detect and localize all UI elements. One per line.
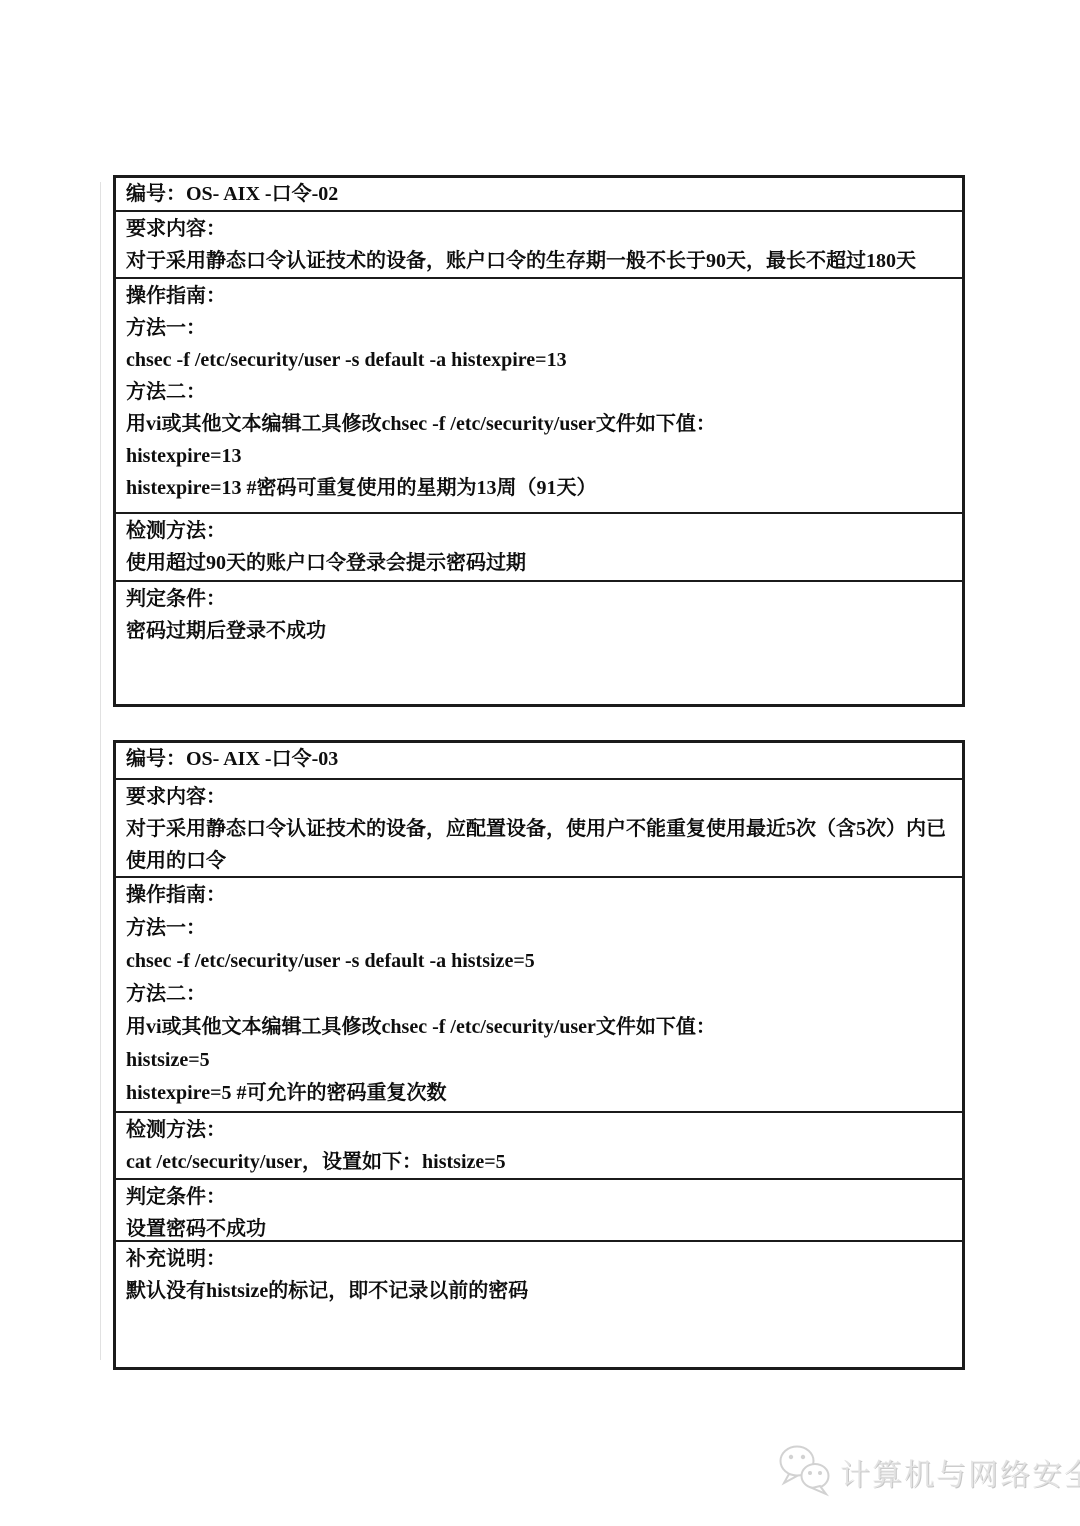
row-judgement: 判定条件： 密码过期后登录不成功 (116, 580, 962, 704)
judgement-label: 判定条件： (126, 1181, 952, 1213)
requirement-text: 对于采用静态口令认证技术的设备，应配置设备，使用户不能重复使用最近5次（含5次）… (126, 813, 952, 876)
row-requirement: 要求内容： 对于采用静态口令认证技术的设备，账户口令的生存期一般不长于90天，最… (116, 210, 962, 277)
supplement-text: 默认没有histsize的标记，即不记录以前的密码 (126, 1275, 952, 1307)
row-judgement: 判定条件： 设置密码不成功 (116, 1178, 962, 1240)
watermark: 计算机与网络安全 (776, 1442, 1080, 1502)
requirement-label: 要求内容： (126, 213, 952, 245)
config-value-comment: histexpire=5 #可允许的密码重复次数 (126, 1077, 952, 1110)
detection-label: 检测方法： (126, 1114, 952, 1146)
number-label: 编号：OS- AIX -口令-03 (126, 744, 952, 774)
detection-text: 使用超过90天的账户口令登录会提示密码过期 (126, 547, 952, 579)
number-label: 编号：OS- AIX -口令-02 (126, 179, 952, 209)
row-operation-guide: 操作指南： 方法一： chsec -f /etc/security/user -… (116, 277, 962, 512)
spec-table-os-aix-pwd-03: 编号：OS- AIX -口令-03 要求内容： 对于采用静态口令认证技术的设备，… (113, 740, 965, 1370)
judgement-text: 设置密码不成功 (126, 1213, 952, 1240)
detection-text: cat /etc/security/user，设置如下：histsize=5 (126, 1146, 952, 1178)
method-two-label: 方法二： (126, 978, 952, 1011)
row-number: 编号：OS- AIX -口令-03 (116, 743, 962, 778)
method-two-instruction: 用vi或其他文本编辑工具修改chsec -f /etc/security/use… (126, 408, 952, 440)
method-two-label: 方法二： (126, 376, 952, 408)
spec-table-os-aix-pwd-02: 编号：OS- AIX -口令-02 要求内容： 对于采用静态口令认证技术的设备，… (113, 175, 965, 707)
scanned-document-page: { "page": { "background": "#ffffff", "bo… (0, 0, 1080, 1526)
method-one-label: 方法一： (126, 912, 952, 945)
row-number: 编号：OS- AIX -口令-02 (116, 178, 962, 210)
judgement-label: 判定条件： (126, 583, 952, 615)
config-value: histexpire=13 (126, 440, 952, 472)
watermark-text: 计算机与网络安全 (840, 1450, 1080, 1494)
judgement-text: 密码过期后登录不成功 (126, 615, 952, 647)
wechat-icon (776, 1442, 834, 1503)
config-value-comment: histexpire=13 #密码可重复使用的星期为13周（91天） (126, 472, 952, 504)
requirement-label: 要求内容： (126, 781, 952, 813)
scan-artifact-line (100, 182, 101, 1360)
row-operation-guide: 操作指南： 方法一： chsec -f /etc/security/user -… (116, 876, 962, 1111)
row-supplement: 补充说明： 默认没有histsize的标记，即不记录以前的密码 (116, 1240, 962, 1367)
config-value: histsize=5 (126, 1044, 952, 1077)
method-one-command: chsec -f /etc/security/user -s default -… (126, 945, 952, 978)
method-one-command: chsec -f /etc/security/user -s default -… (126, 344, 952, 376)
row-detection-method: 检测方法： cat /etc/security/user，设置如下：histsi… (116, 1111, 962, 1178)
detection-label: 检测方法： (126, 515, 952, 547)
requirement-text: 对于采用静态口令认证技术的设备，账户口令的生存期一般不长于90天，最长不超过18… (126, 245, 952, 277)
operation-guide-label: 操作指南： (126, 879, 952, 912)
method-one-label: 方法一： (126, 312, 952, 344)
row-detection-method: 检测方法： 使用超过90天的账户口令登录会提示密码过期 (116, 512, 962, 580)
row-requirement: 要求内容： 对于采用静态口令认证技术的设备，应配置设备，使用户不能重复使用最近5… (116, 778, 962, 876)
operation-guide-label: 操作指南： (126, 280, 952, 312)
supplement-label: 补充说明： (126, 1243, 952, 1275)
method-two-instruction: 用vi或其他文本编辑工具修改chsec -f /etc/security/use… (126, 1011, 952, 1044)
